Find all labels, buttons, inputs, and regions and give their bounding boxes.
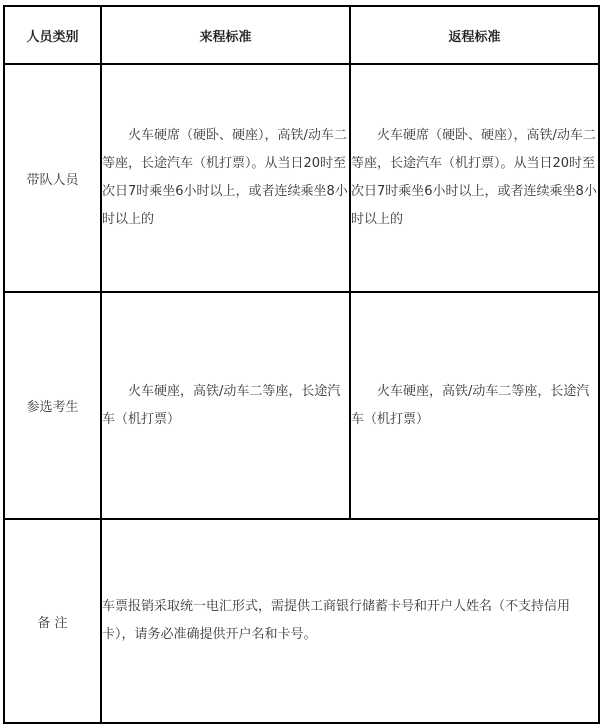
- return-standard-cell: 火车硬席（硬卧、硬座），高铁/动车二等座，长途汽车（机打票）。从当日20时至次日…: [350, 64, 599, 292]
- header-row: 人员类别 来程标准 返程标准: [4, 6, 599, 64]
- table-row-candidate: 参选考生 火车硬座，高铁/动车二等座，长途汽车（机打票） 火车硬座，高铁/动车二…: [4, 292, 599, 519]
- remarks-cell: 车票报销采取统一电汇形式，需提供工商银行储蓄卡号和开户人姓名（不支持信用卡），请…: [101, 519, 599, 723]
- header-category: 人员类别: [4, 6, 101, 64]
- return-standard-cell: 火车硬座，高铁/动车二等座，长途汽车（机打票）: [350, 292, 599, 519]
- category-cell: 备 注: [4, 519, 101, 723]
- category-cell: 参选考生: [4, 292, 101, 519]
- outbound-standard-cell: 火车硬席（硬卧、硬座），高铁/动车二等座，长途汽车（机打票）。从当日20时至次日…: [101, 64, 350, 292]
- table-row-remarks: 备 注 车票报销采取统一电汇形式，需提供工商银行储蓄卡号和开户人姓名（不支持信用…: [4, 519, 599, 723]
- outbound-standard-cell: 火车硬座，高铁/动车二等座，长途汽车（机打票）: [101, 292, 350, 519]
- header-return-standard: 返程标准: [350, 6, 599, 64]
- table-row-team-leader: 带队人员 火车硬席（硬卧、硬座），高铁/动车二等座，长途汽车（机打票）。从当日2…: [4, 64, 599, 292]
- category-cell: 带队人员: [4, 64, 101, 292]
- travel-reimbursement-table: 人员类别 来程标准 返程标准 带队人员 火车硬席（硬卧、硬座），高铁/动车二等座…: [3, 5, 600, 724]
- header-outbound-standard: 来程标准: [101, 6, 350, 64]
